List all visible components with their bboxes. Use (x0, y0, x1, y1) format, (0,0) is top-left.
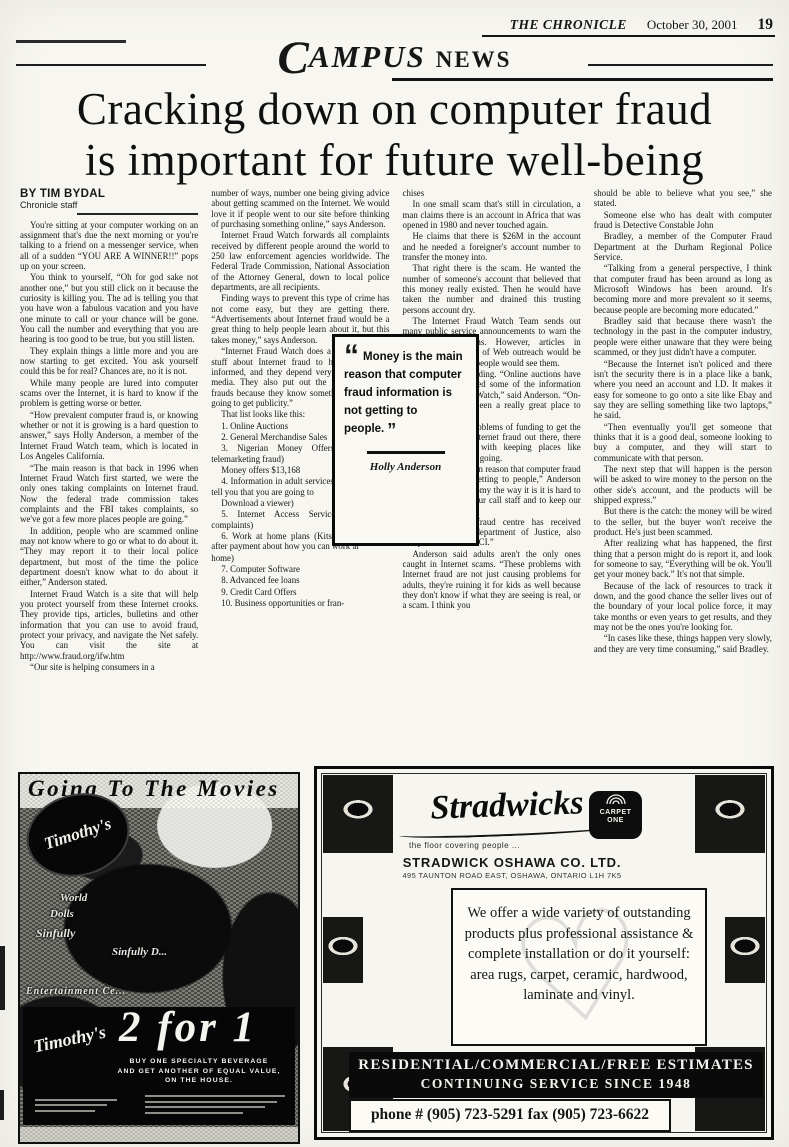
scan-artifact (0, 1090, 4, 1120)
stradwicks-phone-bar: phone # (905) 723-5291 fax (905) 723-662… (349, 1099, 671, 1132)
slogan-line: BUY ONE SPECIALTY BEVERAGE (107, 1057, 291, 1067)
grommet-icon (323, 775, 393, 853)
slogan-line: AND GET ANOTHER OF EQUAL VALUE, (107, 1067, 291, 1077)
fine-print-left (35, 1095, 127, 1115)
banner-line2: CONTINUING SERVICE SINCE 1948 (351, 1076, 761, 1092)
header-rule (482, 35, 775, 37)
headline-line1: Cracking down on computer fraud (8, 84, 781, 135)
grommet-icon (725, 917, 765, 983)
masthead-rule-right (588, 64, 773, 66)
publication-name: THE CHRONICLE (510, 17, 627, 33)
banner-line1: RESIDENTIAL/COMMERCIAL/FREE ESTIMATES (351, 1057, 761, 1074)
article-paragraph: 8. Advanced fee loans (211, 575, 389, 585)
carpet-one-arc-icon (606, 794, 626, 805)
stradwicks-address: 495 TAUNTON ROAD EAST, OSHAWA, ONTARIO L… (362, 871, 662, 880)
close-quote-icon: ” (387, 420, 396, 440)
grommet-icon (695, 775, 765, 853)
byline-rule (77, 213, 198, 215)
article-paragraph: “Then eventually you'll get someone that… (594, 422, 772, 463)
column-4-text: should be able to believe what you see,”… (594, 188, 772, 654)
pull-quote-rule (367, 451, 445, 454)
badge-text-line1: CARPET (589, 809, 642, 818)
photo-caption: Sinfully D... (112, 946, 167, 958)
article-body: BY TIM BYDAL Chronicle staff You're sitt… (20, 188, 772, 764)
slogan-line: ON THE HOUSE. (107, 1076, 291, 1086)
timothys-script-logo: Timothy's (32, 1022, 108, 1058)
stradwicks-advertisement: Stradwicks the floor covering people ...… (314, 766, 774, 1140)
stradwicks-banner: RESIDENTIAL/COMMERCIAL/FREE ESTIMATES CO… (349, 1052, 763, 1098)
two-for-one-offer: 2 for 1 (119, 1003, 257, 1052)
scan-artifact (0, 946, 5, 1010)
article-column-4: should be able to believe what you see,”… (594, 188, 772, 764)
article-paragraph: “Our site is helping consumers in a (20, 662, 198, 672)
article-paragraph: “Because the Internet isn't policed and … (594, 359, 772, 421)
badge-text-line2: ONE (589, 817, 642, 826)
article-paragraph: He claims that there is $26M in the acco… (403, 231, 581, 262)
article-paragraph: chises (403, 188, 581, 198)
offer-slogan: BUY ONE SPECIALTY BEVERAGE AND GET ANOTH… (107, 1057, 291, 1086)
byline-role: Chronicle staff (20, 200, 198, 210)
article-paragraph: home) (211, 553, 389, 563)
movies-ad-bottom-strip (20, 1127, 298, 1142)
grommet-icon (323, 917, 363, 983)
article-headline: Cracking down on computer fraud is impor… (8, 84, 781, 186)
masthead-underline (392, 78, 773, 81)
article-paragraph: “The main reason is that back in 1996 wh… (20, 463, 198, 525)
article-paragraph: They explain things a little more and yo… (20, 346, 198, 377)
movies-advertisement: Going To The Movies Timothy's World Doll… (18, 772, 300, 1144)
byline: BY TIM BYDAL (20, 188, 198, 200)
article-paragraph: While many people are lured into compute… (20, 378, 198, 409)
column-1-text: You're sitting at your computer working … (20, 220, 198, 673)
article-paragraph: Bradley, a member of the Computer Fraud … (594, 231, 772, 262)
stradwicks-body-text: We offer a wide variety of outstanding p… (462, 903, 696, 1006)
page-header: THE CHRONICLE October 30, 2001 19 (510, 16, 773, 34)
article-paragraph: 10. Business opportunities or fran- (211, 598, 389, 608)
article-paragraph: should be able to believe what you see,”… (594, 188, 772, 209)
stradwicks-company-name: STRADWICK OSHAWA CO. LTD. (362, 855, 662, 870)
article-column-1: BY TIM BYDAL Chronicle staff You're sitt… (20, 188, 198, 764)
article-paragraph: You think to yourself, “Oh for god sake … (20, 272, 198, 344)
open-quote-icon: “ (344, 347, 359, 365)
article-paragraph: 7. Computer Software (211, 564, 389, 574)
pull-quote-box: “Money is the main reason that computer … (332, 334, 479, 546)
issue-date: October 30, 2001 (647, 17, 738, 33)
offer-panel: Timothy's 2 for 1 BUY ONE SPECIALTY BEVE… (23, 1007, 295, 1125)
stradwicks-body-box: ♡ We offer a wide variety of outstanding… (451, 888, 707, 1046)
section-title: CAMPUSNEWS (278, 38, 512, 78)
article-paragraph: Someone else who has dealt with computer… (594, 210, 772, 231)
article-paragraph: 9. Credit Card Offers (211, 587, 389, 597)
article-paragraph: The next step that will happen is the pe… (594, 464, 772, 505)
article-paragraph: number of ways, number one being giving … (211, 188, 389, 229)
stradwicks-tagline: the floor covering people ... (409, 841, 520, 850)
article-paragraph: Bradley said that because there wasn't t… (594, 316, 772, 357)
pull-quote-attribution: Holly Anderson (344, 461, 467, 473)
photo-caption: World (60, 892, 87, 904)
newspaper-page: THE CHRONICLE October 30, 2001 19 CAMPUS… (0, 0, 789, 1147)
photo-caption: Dolls (50, 908, 74, 920)
timothys-logo-text: Timothy's (25, 808, 130, 859)
article-paragraph: Because of the lack of resources to trac… (594, 581, 772, 633)
page-number: 19 (758, 16, 774, 34)
section-title-word2: NEWS (436, 47, 512, 72)
photo-caption: Entertainment Ce... (26, 986, 126, 997)
section-title-initial: C (278, 32, 309, 84)
article-paragraph: Internet Fraud Watch forwards all compla… (211, 230, 389, 292)
pull-quote-text: Money is the main reason that computer f… (344, 351, 463, 435)
article-paragraph: In one small scam that's still in circul… (403, 199, 581, 230)
article-paragraph: “Talking from a general perspective, I t… (594, 263, 772, 315)
article-paragraph: “In cases like these, things happen very… (594, 633, 772, 654)
section-masthead: CAMPUSNEWS (0, 38, 789, 82)
article-paragraph: Internet Fraud Watch is a site that will… (20, 589, 198, 661)
section-title-rest: AMPUS (309, 39, 426, 74)
article-paragraph: That right there is the scam. He wanted … (403, 263, 581, 315)
headline-line2: is important for future well-being (8, 135, 781, 186)
article-paragraph: But there is the catch: the money will b… (594, 506, 772, 537)
fine-print-right (145, 1092, 285, 1118)
article-paragraph: In addition, people who are scammed onli… (20, 526, 198, 588)
carpet-one-badge: CARPET ONE (589, 791, 642, 839)
photo-caption: Sinfully (36, 926, 75, 941)
article-paragraph: “How prevalent computer fraud is, or kno… (20, 410, 198, 462)
article-paragraph: You're sitting at your computer working … (20, 220, 198, 272)
article-paragraph: After realizing what has happened, the f… (594, 538, 772, 579)
masthead-rule-left (16, 64, 206, 66)
article-paragraph: Anderson said adults aren't the only one… (403, 549, 581, 611)
